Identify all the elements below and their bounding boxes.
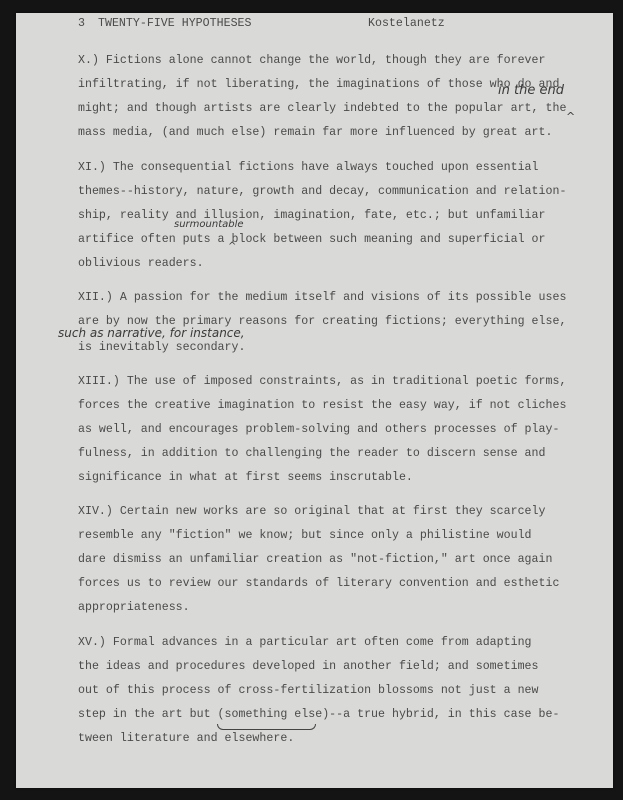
text-line: XV.) Formal advances in a particular art… <box>78 636 532 649</box>
text-line: significance in what at first seems insc… <box>78 471 413 484</box>
text-line: forces us to review our standards of lit… <box>78 577 559 590</box>
text-line: is inevitably secondary. <box>78 341 245 354</box>
text-line: as well, and encourages problem-solving … <box>78 423 559 436</box>
author-name: Kostelanetz <box>368 17 445 30</box>
text-line: artifice often puts a block between such… <box>78 233 545 246</box>
handwritten-insertion: surmountable <box>174 219 244 230</box>
text-line: fulness, in addition to challenging the … <box>78 447 545 460</box>
document-title: TWENTY-FIVE HYPOTHESES <box>98 17 252 30</box>
text-line: oblivious readers. <box>78 257 204 270</box>
text-line: XII.) A passion for the medium itself an… <box>78 291 566 304</box>
text-line: the ideas and procedures developed in an… <box>78 660 539 673</box>
caret-mark: ^ <box>566 110 575 123</box>
text-line: themes--history, nature, growth and deca… <box>78 185 566 198</box>
text-line: out of this process of cross-fertilizati… <box>78 684 539 697</box>
text-line: tween literature and elsewhere. <box>78 732 294 745</box>
text-line: might; and though artists are clearly in… <box>78 102 566 115</box>
text-line: X.) Fictions alone cannot change the wor… <box>78 54 545 67</box>
text-line: forces the creative imagination to resis… <box>78 399 566 412</box>
text-line: dare dismiss an unfamiliar creation as "… <box>78 553 552 566</box>
handwritten-insertion: such as narrative, for instance, <box>58 326 245 340</box>
caret-mark: ^ <box>228 241 236 252</box>
text-line: XIII.) The use of imposed constraints, a… <box>78 375 566 388</box>
text-line: resemble any "fiction" we know; but sinc… <box>78 529 532 542</box>
text-line: mass media, (and much else) remain far m… <box>78 126 552 139</box>
text-line: XIV.) Certain new works are so original … <box>78 505 545 518</box>
text-line: ship, reality and illusion, imagination,… <box>78 209 545 222</box>
handwritten-insertion: in the end <box>498 83 564 98</box>
typewritten-page: 3 TWENTY-FIVE HYPOTHESES Kostelanetz X.)… <box>16 13 613 788</box>
page-number: 3 <box>78 17 85 30</box>
text-line: appropriateness. <box>78 601 190 614</box>
text-line: infiltrating, if not liberating, the ima… <box>78 78 559 91</box>
text-line: step in the art but (something else)--a … <box>78 708 559 721</box>
handwritten-brace <box>217 724 316 730</box>
text-line: XI.) The consequential fictions have alw… <box>78 161 539 174</box>
